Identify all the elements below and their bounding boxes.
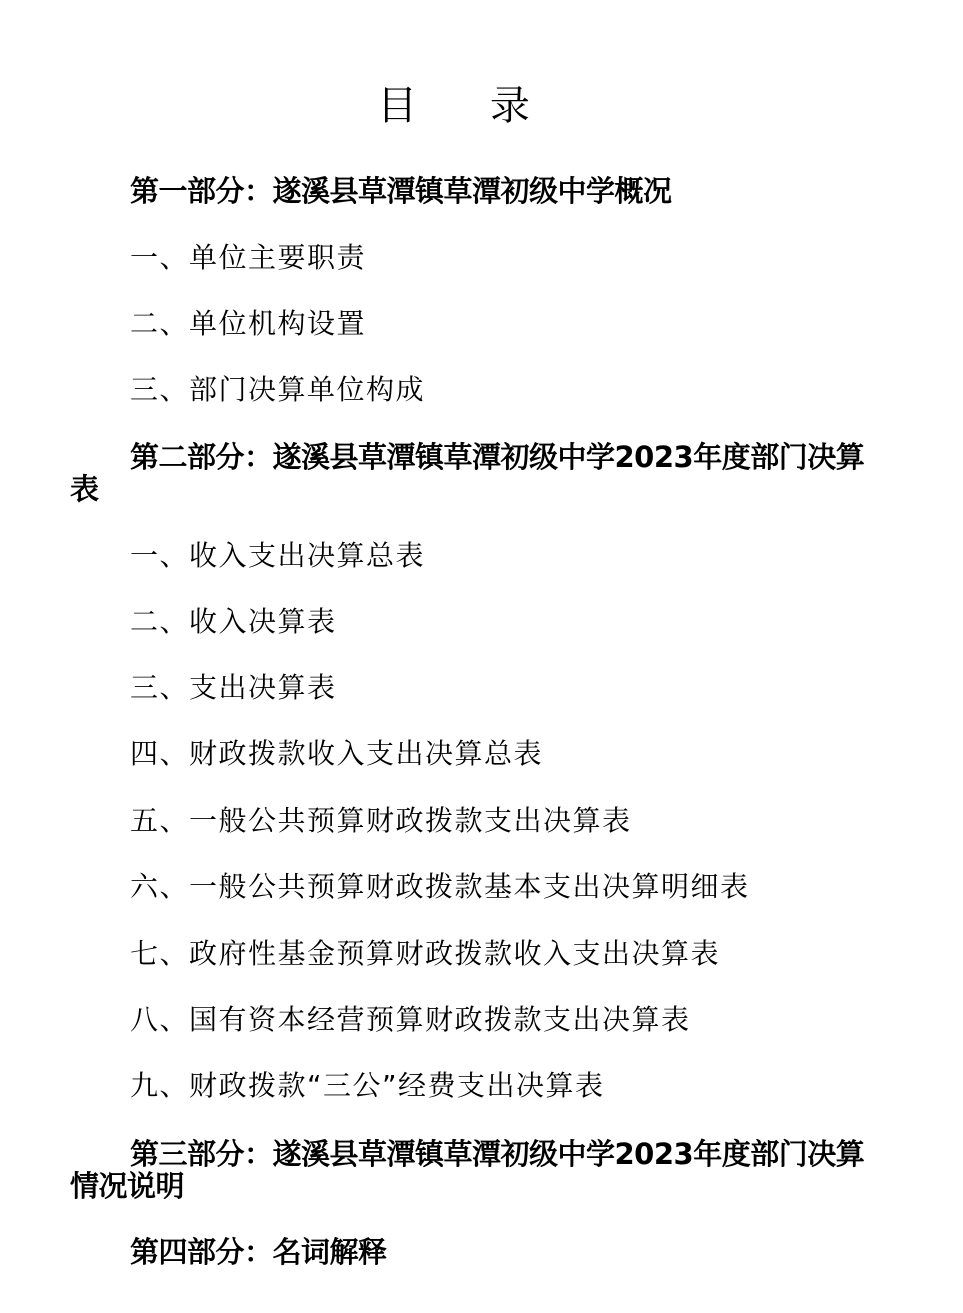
toc-item-1-1[interactable]: 一、单位主要职责 [130, 241, 366, 275]
page-title: 目 录 [0, 82, 937, 130]
toc-item-2-1[interactable]: 一、收入支出决算总表 [130, 539, 425, 573]
toc-item-1-3[interactable]: 三、部门决算单位构成 [130, 373, 425, 407]
document-page: 目 录 第一部分：遂溪县草潭镇草潭初级中学概况 一、单位主要职责 二、单位机构设… [0, 0, 963, 1313]
toc-item-2-8[interactable]: 八、国有资本经营预算财政拨款支出决算表 [130, 1003, 691, 1037]
toc-item-2-6[interactable]: 六、一般公共预算财政拨款基本支出决算明细表 [130, 870, 750, 904]
toc-heading-part-3[interactable]: 第三部分：遂溪县草潭镇草潭初级中学2023年度部门决算情况说明 [70, 1138, 870, 1202]
toc-item-2-4[interactable]: 四、财政拨款收入支出决算总表 [130, 737, 543, 771]
toc-item-2-9[interactable]: 九、财政拨款“三公”经费支出决算表 [130, 1069, 605, 1103]
toc-item-2-5[interactable]: 五、一般公共预算财政拨款支出决算表 [130, 804, 632, 838]
toc-item-2-3[interactable]: 三、支出决算表 [130, 671, 337, 705]
toc-item-2-7[interactable]: 七、政府性基金预算财政拨款收入支出决算表 [130, 937, 720, 971]
toc-heading-part-1[interactable]: 第一部分：遂溪县草潭镇草潭初级中学概况 [70, 175, 870, 207]
toc-heading-part-2[interactable]: 第二部分：遂溪县草潭镇草潭初级中学2023年度部门决算表 [70, 441, 870, 505]
toc-item-2-2[interactable]: 二、收入决算表 [130, 605, 337, 639]
toc-heading-part-4[interactable]: 第四部分：名词解释 [70, 1236, 870, 1268]
toc-item-1-2[interactable]: 二、单位机构设置 [130, 307, 366, 341]
